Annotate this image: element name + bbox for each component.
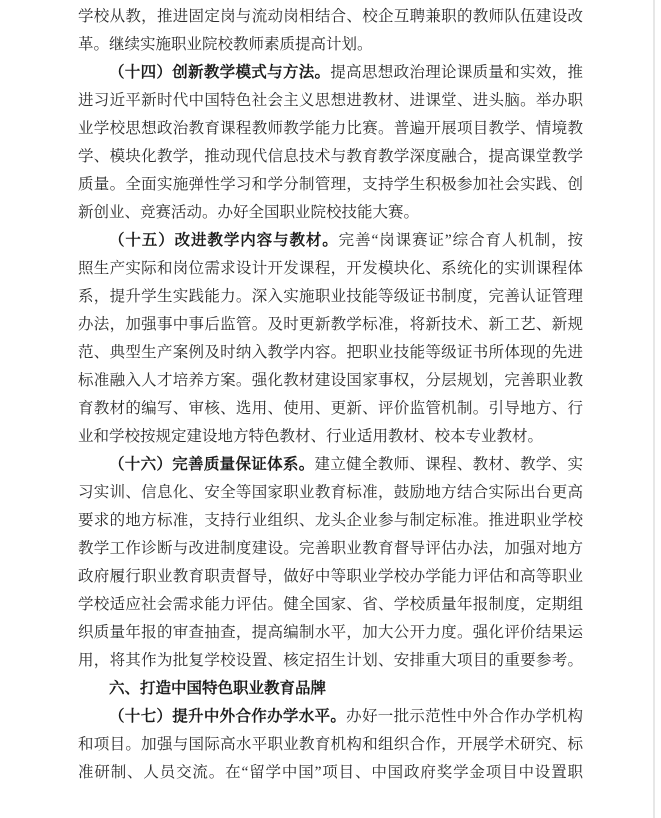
text-segment: 照生产实际和岗位需求设计开发课程，开发模块化、系统化的实训课程体 (78, 260, 583, 277)
text-line: 教学工作诊断与改进制度建设。完善职业教育督导评估办法，加强对地方 (78, 535, 583, 563)
text-segment: 提高思想政治理论课质量和实效，推 (330, 64, 583, 81)
text-segment: 业和学校按规定建设地方特色教材、行业适用教材、校本专业教材。 (78, 428, 543, 445)
text-line: 学校适应社会需求能力评估。健全国家、省、学校质量年报制度，定期组 (78, 591, 583, 619)
text-segment: 标准融入人才培养方案。强化教材建设国家事权，分层规划，完善职业教 (78, 372, 583, 389)
text-segment: 新创业、竞赛活动。办好全国职业院校技能大赛。 (78, 204, 419, 221)
text-segment: 学、模块化教学，推动现代信息技术与教育教学深度融合，提高课堂教学 (78, 148, 583, 165)
text-segment: 育教材的编写、审核、选用、使用、更新、评价监管机制。引导地方、行 (78, 400, 583, 417)
text-line: 要求的地方标准，支持行业组织、龙头企业参与制定标准。推进职业学校 (78, 507, 583, 535)
bold-segment: （十四）创新教学模式与方法。 (109, 64, 330, 81)
text-line: 和项目。加强与国际高水平职业教育机构和组织合作，开展学术研究、标 (78, 731, 583, 759)
text-segment: 政府履行职业教育职责督导，做好中等职业学校办学能力评估和高等职业 (78, 568, 583, 585)
text-segment: 革。继续实施职业院校教师素质提高计划。 (78, 36, 373, 53)
text-segment: 和项目。加强与国际高水平职业教育机构和组织合作，开展学术研究、标 (78, 736, 583, 753)
section-heading: 六、打造中国特色职业教育品牌 (78, 675, 583, 703)
text-line: 织质量年报的审查抽查，提高编制水平，加大公开力度。强化评价结果运 (78, 619, 583, 647)
text-line: 学校从教，推进固定岗与流动岗相结合、校企互聘兼职的教师队伍建设改 (78, 3, 583, 31)
text-segment: 业学校思想政治教育课程教师教学能力比赛。普遍开展项目教学、情境教 (78, 120, 583, 137)
text-line: 准研制、人员交流。在“留学中国”项目、中国政府奖学金项目中设置职 (78, 759, 583, 787)
text-segment: 用，将其作为批复学校设置、核定招生计划、安排重大项目的重要参考。 (78, 652, 583, 669)
text-segment: 质量。全面实施弹性学习和学分制管理，支持学生积极参加社会实践、创 (78, 176, 583, 193)
text-segment: 进习近平新时代中国特色社会主义思想进教材、进课堂、进头脑。举办职 (78, 92, 583, 109)
text-segment: 学校从教，推进固定岗与流动岗相结合、校企互聘兼职的教师队伍建设改 (78, 8, 583, 25)
text-segment: 范、典型生产案例及时纳入教学内容。把职业技能等级证书所体现的先进 (78, 344, 583, 361)
text-line: 学、模块化教学，推动现代信息技术与教育教学深度融合，提高课堂教学 (78, 143, 583, 171)
paragraph-start-line: （十六）完善质量保证体系。建立健全教师、课程、教材、教学、实 (78, 451, 583, 479)
text-line: 新创业、竞赛活动。办好全国职业院校技能大赛。 (78, 199, 583, 227)
text-segment: 织质量年报的审查抽查，提高编制水平，加大公开力度。强化评价结果运 (78, 624, 583, 641)
text-line: 业和学校按规定建设地方特色教材、行业适用教材、校本专业教材。 (78, 423, 583, 451)
paragraph-start-line: （十五）改进教学内容与教材。完善“岗课赛证”综合育人机制，按 (78, 227, 583, 255)
bold-segment: 六、打造中国特色职业教育品牌 (109, 680, 326, 697)
paragraph-start-line: （十七）提升中外合作办学水平。办好一批示范性中外合作办学机构 (78, 703, 583, 731)
text-segment: 学校适应社会需求能力评估。健全国家、省、学校质量年报制度，定期组 (78, 596, 583, 613)
text-line: 进习近平新时代中国特色社会主义思想进教材、进课堂、进头脑。举办职 (78, 87, 583, 115)
page-edge-line (653, 0, 655, 818)
text-line: 育教材的编写、审核、选用、使用、更新、评价监管机制。引导地方、行 (78, 395, 583, 423)
text-line: 政府履行职业教育职责督导，做好中等职业学校办学能力评估和高等职业 (78, 563, 583, 591)
text-line: 业学校思想政治教育课程教师教学能力比赛。普遍开展项目教学、情境教 (78, 115, 583, 143)
text-line: 标准融入人才培养方案。强化教材建设国家事权，分层规划，完善职业教 (78, 367, 583, 395)
text-line: 质量。全面实施弹性学习和学分制管理，支持学生积极参加社会实践、创 (78, 171, 583, 199)
text-line: 用，将其作为批复学校设置、核定招生计划、安排重大项目的重要参考。 (78, 647, 583, 675)
text-line: 范、典型生产案例及时纳入教学内容。把职业技能等级证书所体现的先进 (78, 339, 583, 367)
text-segment: 办法，加强事中事后监管。及时更新教学标准，将新技术、新工艺、新规 (78, 316, 583, 333)
text-line: 办法，加强事中事后监管。及时更新教学标准，将新技术、新工艺、新规 (78, 311, 583, 339)
bold-segment: （十七）提升中外合作办学水平。 (109, 708, 346, 725)
text-segment: 准研制、人员交流。在“留学中国”项目、中国政府奖学金项目中设置职 (78, 764, 583, 781)
paragraph-start-line: （十四）创新教学模式与方法。提高思想政治理论课质量和实效，推 (78, 59, 583, 87)
text-line: 系，提升学生实践能力。深入实施职业技能等级证书制度，完善认证管理 (78, 283, 583, 311)
document-body: 学校从教，推进固定岗与流动岗相结合、校企互聘兼职的教师队伍建设改革。继续实施职业… (78, 3, 583, 787)
text-segment: 办好一批示范性中外合作办学机构 (346, 708, 583, 725)
text-segment: 建立健全教师、课程、教材、教学、实 (315, 456, 583, 473)
text-line: 革。继续实施职业院校教师素质提高计划。 (78, 31, 583, 59)
bold-segment: （十五）改进教学内容与教材。 (109, 232, 339, 249)
bold-segment: （十六）完善质量保证体系。 (109, 456, 315, 473)
text-segment: 完善“岗课赛证”综合育人机制，按 (339, 232, 583, 249)
text-segment: 要求的地方标准，支持行业组织、龙头企业参与制定标准。推进职业学校 (78, 512, 583, 529)
text-segment: 习实训、信息化、安全等国家职业教育标准，鼓励地方结合实际出台更高 (78, 484, 583, 501)
document-page: 学校从教，推进固定岗与流动岗相结合、校企互聘兼职的教师队伍建设改革。继续实施职业… (0, 0, 661, 818)
text-segment: 系，提升学生实践能力。深入实施职业技能等级证书制度，完善认证管理 (78, 288, 583, 305)
text-segment: 教学工作诊断与改进制度建设。完善职业教育督导评估办法，加强对地方 (78, 540, 583, 557)
text-line: 照生产实际和岗位需求设计开发课程，开发模块化、系统化的实训课程体 (78, 255, 583, 283)
text-line: 习实训、信息化、安全等国家职业教育标准，鼓励地方结合实际出台更高 (78, 479, 583, 507)
